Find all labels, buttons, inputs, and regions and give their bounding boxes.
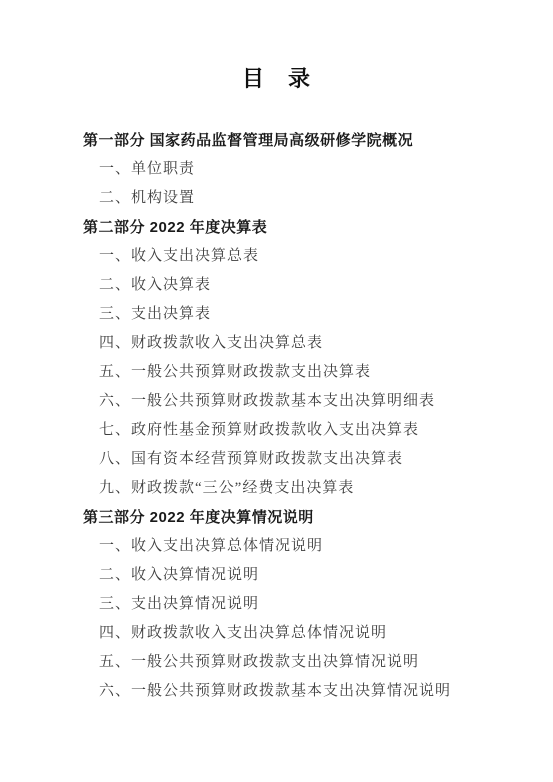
toc-item: 五、一般公共预算财政拨款支出决算情况说明 bbox=[83, 648, 503, 677]
toc-item: 四、财政拨款收入支出决算总表 bbox=[83, 329, 503, 358]
toc-section-3-heading: 第三部分 2022 年度决算情况说明 bbox=[83, 503, 503, 532]
table-of-contents: 第一部分 国家药品监督管理局高级研修学院概况 一、单位职责 二、机构设置 第二部… bbox=[83, 126, 503, 706]
toc-item: 三、支出决算表 bbox=[83, 300, 503, 329]
toc-item: 一、收入支出决算总表 bbox=[83, 242, 503, 271]
toc-item: 八、国有资本经营预算财政拨款支出决算表 bbox=[83, 445, 503, 474]
toc-item: 九、财政拨款“三公”经费支出决算表 bbox=[83, 474, 503, 503]
toc-item: 一、收入支出决算总体情况说明 bbox=[83, 532, 503, 561]
toc-section-1-heading: 第一部分 国家药品监督管理局高级研修学院概况 bbox=[83, 126, 503, 155]
page-title: 目 录 bbox=[0, 66, 553, 92]
toc-section-2-heading: 第二部分 2022 年度决算表 bbox=[83, 213, 503, 242]
toc-item: 三、支出决算情况说明 bbox=[83, 590, 503, 619]
toc-item: 二、机构设置 bbox=[83, 184, 503, 213]
toc-item: 二、收入决算表 bbox=[83, 271, 503, 300]
toc-item: 七、政府性基金预算财政拨款收入支出决算表 bbox=[83, 416, 503, 445]
toc-item: 五、一般公共预算财政拨款支出决算表 bbox=[83, 358, 503, 387]
toc-item: 六、一般公共预算财政拨款基本支出决算明细表 bbox=[83, 387, 503, 416]
toc-item: 二、收入决算情况说明 bbox=[83, 561, 503, 590]
toc-item: 四、财政拨款收入支出决算总体情况说明 bbox=[83, 619, 503, 648]
document-page: 目 录 第一部分 国家药品监督管理局高级研修学院概况 一、单位职责 二、机构设置… bbox=[0, 0, 553, 782]
toc-item: 一、单位职责 bbox=[83, 155, 503, 184]
toc-item: 六、一般公共预算财政拨款基本支出决算情况说明 bbox=[83, 677, 503, 706]
